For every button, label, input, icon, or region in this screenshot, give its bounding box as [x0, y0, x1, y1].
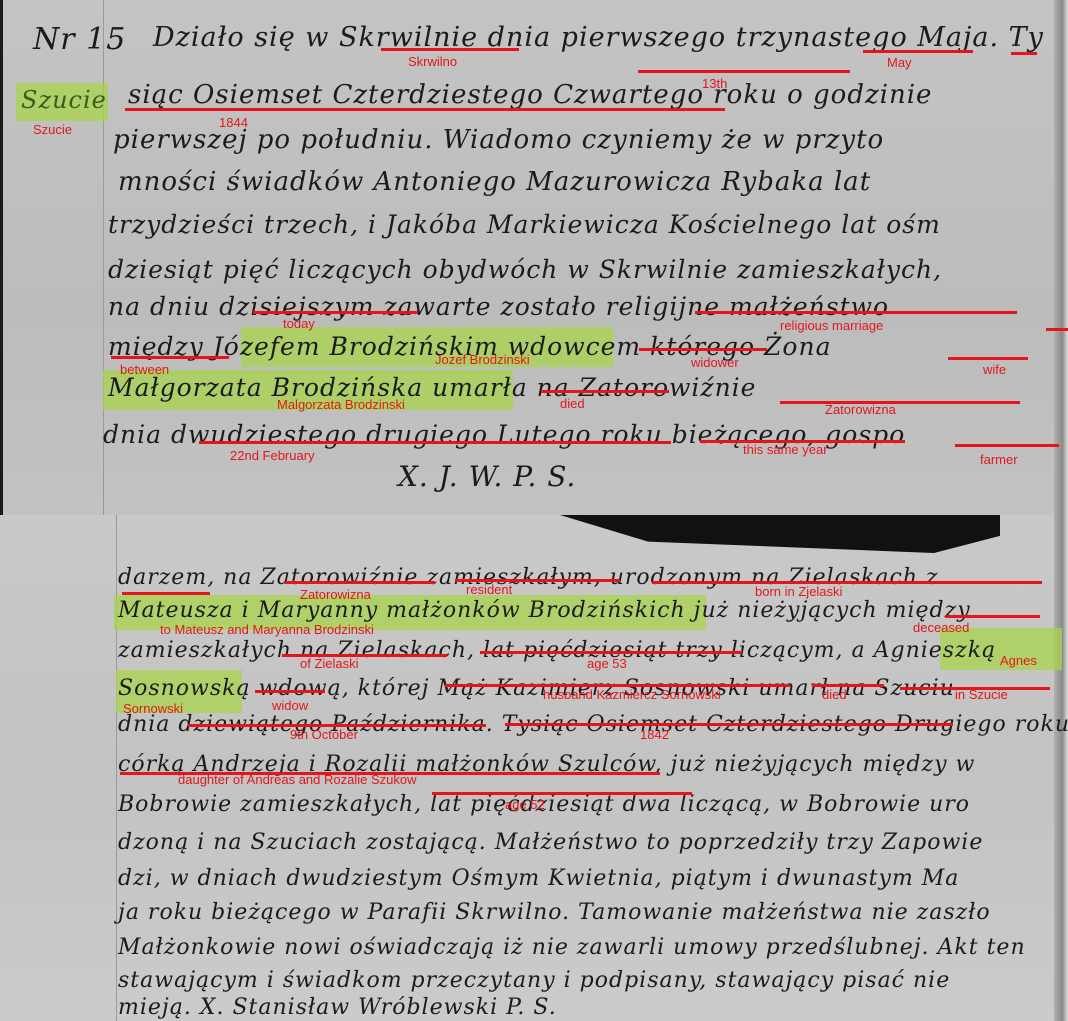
- annotation-label: widower: [691, 355, 739, 370]
- page-edge: [1054, 515, 1068, 1021]
- annotation-label: to Mateusz and Maryanna Brodzinski: [160, 622, 374, 637]
- annotation-label: daughter of Andreas and Rozalie Szukow: [178, 772, 417, 787]
- underline: [125, 108, 725, 111]
- annotation-label: farmer: [980, 452, 1018, 467]
- handwritten-line: Mateusza i Maryanny małżonków Brodziński…: [118, 598, 971, 623]
- underline: [255, 690, 325, 693]
- underline: [695, 311, 1017, 314]
- underline: [122, 592, 210, 595]
- handwritten-line: Małgorzata Brodzińska umarła na Zatorowi…: [108, 373, 756, 402]
- annotation-label: born in Zjelaski: [755, 584, 842, 599]
- underline: [253, 311, 418, 314]
- handwritten-line: siąc Osiemset Czterdziestego Czwartego r…: [128, 80, 932, 110]
- margin-rule: [116, 515, 117, 1021]
- annotation-label: Sornowski: [123, 701, 183, 716]
- underline: [505, 723, 953, 726]
- underline: [780, 401, 1020, 404]
- annotation-label: Szucie: [33, 122, 72, 137]
- priest-initials: X. J. W. P. S.: [398, 460, 576, 493]
- underline: [638, 70, 850, 73]
- annotation-label: husband Kazmiercz Sornowski: [543, 687, 721, 702]
- annotation-label: died: [560, 396, 585, 411]
- annotation-label: 22nd February: [230, 448, 315, 463]
- underline: [955, 444, 1059, 447]
- underline: [1046, 328, 1068, 331]
- record-number: Nr 15: [33, 22, 126, 57]
- annotation-label: age 52: [505, 797, 545, 812]
- underline: [432, 792, 692, 795]
- annotation-label: 1842: [640, 727, 669, 742]
- underline: [948, 357, 1028, 360]
- annotation-label: in Szucie: [955, 687, 1008, 702]
- annotation-label: 1844: [219, 115, 248, 130]
- handwritten-line: mności świadków Antoniego Mazurowicza Ry…: [118, 167, 871, 197]
- annotation-label: age 53: [587, 656, 627, 671]
- underline: [945, 615, 1040, 618]
- annotation-label: died: [822, 687, 847, 702]
- underline: [199, 441, 671, 444]
- underline: [285, 581, 435, 584]
- top-record-scan: Nr 15 Działo się w Skrwilnie dnia pierws…: [0, 0, 1068, 515]
- handwritten-line: dzoną i na Szuciach zostającą. Małżeństw…: [118, 830, 983, 855]
- annotation-label: of Zielaski: [300, 656, 359, 671]
- underline: [639, 348, 767, 351]
- annotation-label: Jozef Brodzinski: [435, 352, 530, 367]
- annotation-label: 13th: [702, 76, 727, 91]
- annotation-label: widow: [272, 698, 308, 713]
- page-edge: [1054, 0, 1068, 515]
- priest-signature: mieją. X. Stanisław Wróblewski P. S.: [118, 995, 557, 1020]
- underline: [652, 581, 1042, 584]
- underline: [541, 390, 669, 393]
- annotation-label: religious marriage: [780, 318, 883, 333]
- margin-place: Szucie: [21, 86, 107, 114]
- annotation-label: 9th October: [290, 727, 358, 742]
- underline: [480, 651, 742, 654]
- annotation-label: today: [283, 316, 315, 331]
- underline: [111, 356, 229, 359]
- annotation-label: Skrwilno: [408, 54, 457, 69]
- annotation-label: deceased: [913, 620, 969, 635]
- annotation-label: resident: [466, 582, 512, 597]
- annotation-label: wife: [983, 362, 1006, 377]
- handwritten-line: na dniu dzisiejszym zawarte zostało reli…: [108, 292, 889, 321]
- annotation-label: Zatorowizna: [300, 587, 371, 602]
- handwritten-line: Działo się w Skrwilnie dnia pierwszego t…: [153, 22, 1044, 53]
- handwritten-line: dzi, w dniach dwudziestym Ośmym Kwietnia…: [118, 866, 959, 891]
- annotation-label: this same year: [743, 442, 828, 457]
- annotation-label: Agnes: [1000, 653, 1037, 668]
- underline: [381, 48, 519, 51]
- annotation-label: Zatorowizna: [825, 402, 896, 417]
- annotation-label: May: [887, 55, 912, 70]
- underline: [1011, 52, 1037, 55]
- annotation-label: Malgorzata Brodzinski: [277, 397, 405, 412]
- handwritten-line: stawającym i świadkom przeczytany i podp…: [118, 968, 950, 993]
- handwritten-line: ja roku bieżącego w Parafii Skrwilno. Ta…: [118, 900, 991, 925]
- underline: [863, 50, 973, 53]
- handwritten-line: Małżonkowie nowi oświadczają iż nie zawa…: [118, 935, 1026, 960]
- handwritten-line: trzydzieści trzech, i Jakóba Markiewicza…: [108, 210, 941, 239]
- handwritten-line: dziesiąt pięć liczących obydwóch w Skrwi…: [108, 255, 942, 284]
- annotation-label: between: [120, 362, 169, 377]
